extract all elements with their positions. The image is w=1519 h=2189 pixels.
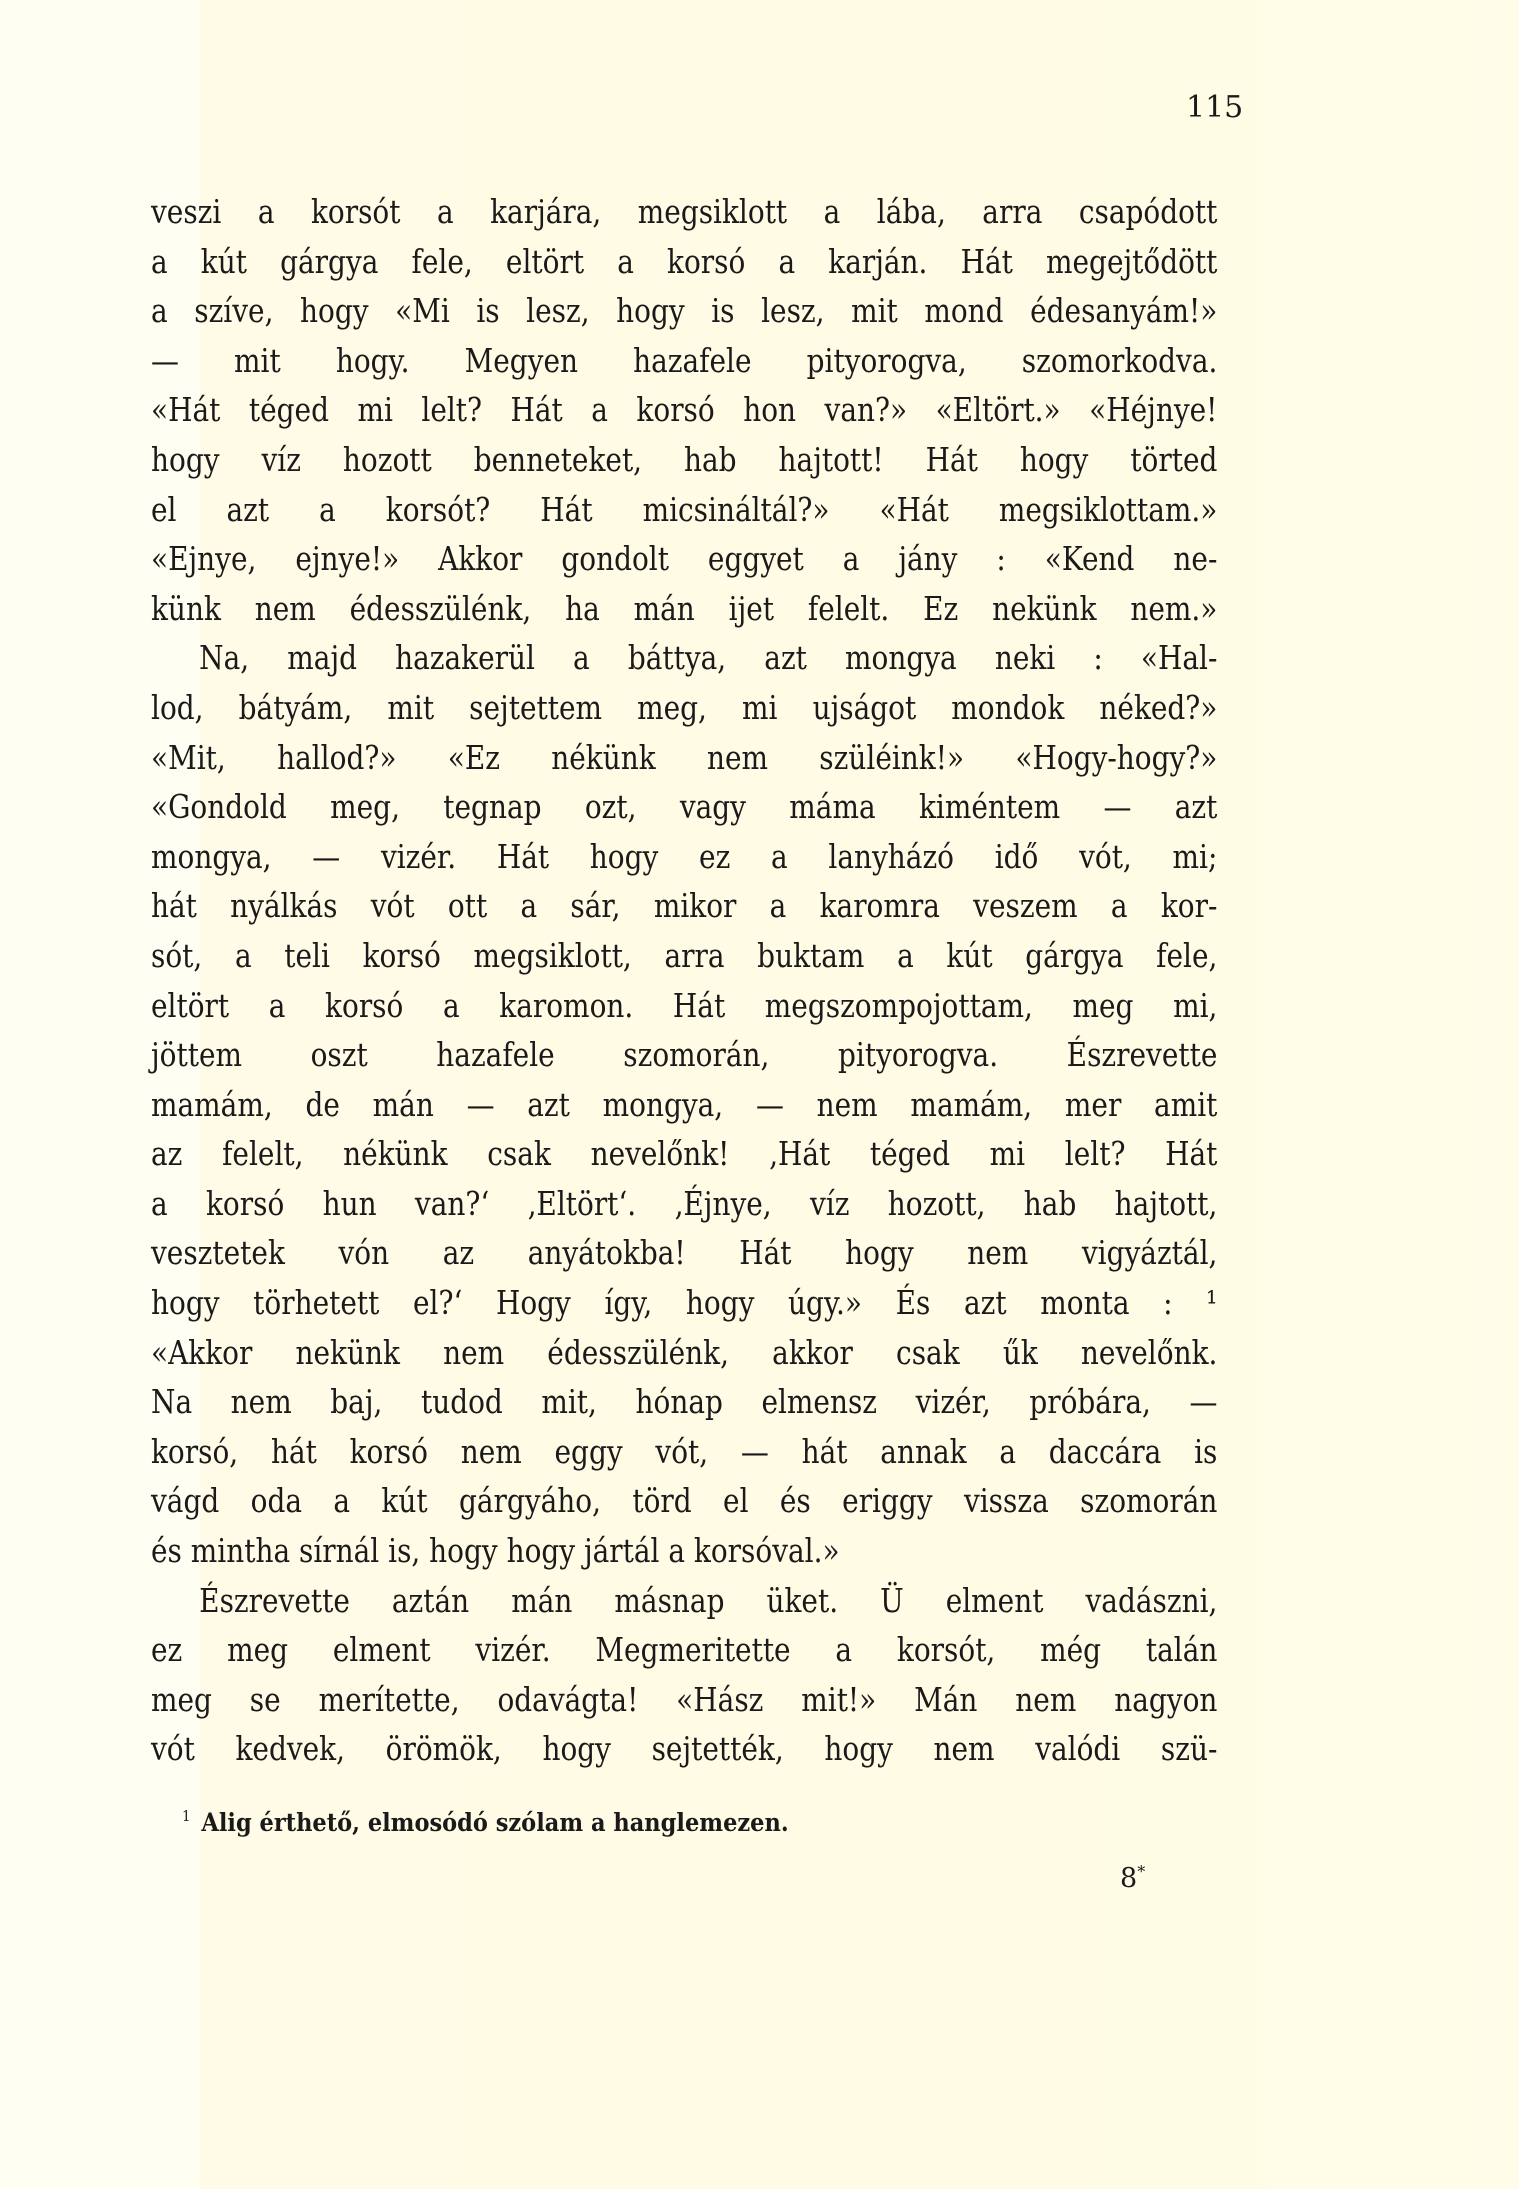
text-line: künk nem édesszülénk, ha mán ijet felelt…	[151, 585, 1217, 635]
text-line: el azt a korsót? Hát micsináltál?» «Hát …	[151, 486, 1217, 536]
paragraph-start-line: Észrevette aztán mán másnap üket. Ü elme…	[151, 1577, 1217, 1627]
signature-number: 8	[1120, 1863, 1137, 1894]
paragraph-start-line: Na, majd hazakerül a báttya, azt mongya …	[151, 634, 1217, 684]
text-line: «Gondold meg, tegnap ozt, vagy máma kimé…	[151, 783, 1217, 833]
text-line: a szíve, hogy «Mi is lesz, hogy is lesz,…	[151, 287, 1217, 337]
text-line: «Hát téged mi lelt? Hát a korsó hon van?…	[151, 386, 1217, 436]
text-line: veszi a korsót a karjára, megsiklott a l…	[151, 188, 1217, 238]
text-line: vágd oda a kút gárgyáho, törd el és erig…	[151, 1477, 1217, 1527]
star-icon: *	[1137, 1862, 1145, 1881]
text-line: lod, bátyám, mit sejtettem meg, mi ujság…	[151, 684, 1217, 734]
footnote: 1Alig érthető, elmosódó szólam a hanglem…	[182, 1807, 789, 1837]
text-line: vesztetek vón az anyátokba! Hát hogy nem…	[151, 1229, 1217, 1279]
text-line: hát nyálkás vót ott a sár, mikor a karom…	[151, 882, 1217, 932]
page-number: 115	[1186, 90, 1218, 125]
text-line: a kút gárgya fele, eltört a korsó a karj…	[151, 238, 1217, 288]
text-line: eltört a korsó a karomon. Hát megszompoj…	[151, 982, 1217, 1032]
text-line: ez meg elment vizér. Megmeritette a kors…	[151, 1626, 1217, 1676]
text-line: meg se merítette, odavágta! «Hász mit!» …	[151, 1676, 1217, 1726]
footnote-text: Alig érthető, elmosódó szólam a hangleme…	[201, 1808, 788, 1837]
text-line: Na nem baj, tudod mit, hónap elmensz viz…	[151, 1378, 1217, 1428]
printer-signature-mark: 8*	[1120, 1862, 1145, 1894]
text-line: «Akkor nekünk nem édesszülénk, akkor csa…	[151, 1329, 1217, 1379]
text-line: jöttem oszt hazafele szomorán, pityorogv…	[151, 1031, 1217, 1081]
text-line: «Mit, hallod?» «Ez nékünk nem szüléink!»…	[151, 734, 1217, 784]
text-line: vót kedvek, örömök, hogy sejtették, hogy…	[151, 1725, 1217, 1775]
text-line: hogy törhetett el?‘ Hogy így, hogy úgy.»…	[151, 1279, 1217, 1329]
paragraph-end-line: és mintha sírnál is, hogy hogy jártál a …	[151, 1527, 1217, 1577]
text-line: sót, a teli korsó megsiklott, arra bukta…	[151, 932, 1217, 982]
text-line: korsó, hát korsó nem eggy vót, — hát ann…	[151, 1428, 1217, 1478]
text-line: mamám, de mán — azt mongya, — nem mamám,…	[151, 1081, 1217, 1131]
text-line: az felelt, nékünk csak nevelőnk! ‚Hát té…	[151, 1130, 1217, 1180]
text-line: — mit hogy. Megyen hazafele pityorogva, …	[151, 337, 1217, 387]
text-line: hogy víz hozott benneteket, hab hajtott!…	[151, 436, 1217, 486]
body-text: veszi a korsót a karjára, megsiklott a l…	[151, 188, 1217, 1775]
text-line: mongya, — vizér. Hát hogy ez a lanyházó …	[151, 833, 1217, 883]
footnote-marker: 1	[182, 1807, 191, 1825]
text-line: a korsó hun van?‘ ‚Eltört‘. ‚Éjnye, víz …	[151, 1180, 1217, 1230]
text-line: «Ejnye, ejnye!» Akkor gondolt eggyet a j…	[151, 535, 1217, 585]
